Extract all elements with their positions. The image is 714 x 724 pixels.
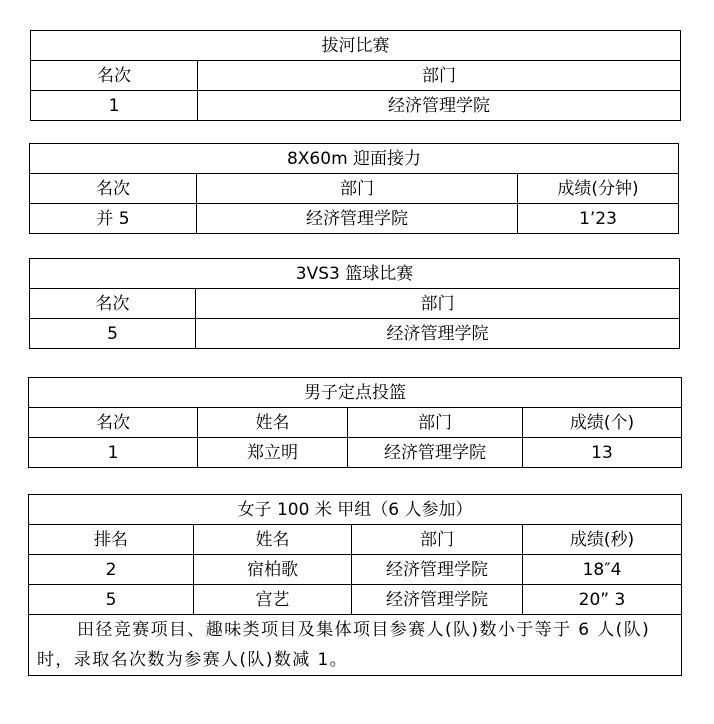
cell-rank: 5 [30, 319, 196, 349]
cell-rank: 2 [29, 555, 194, 585]
cell-name: 郑立明 [198, 438, 348, 468]
header-row: 名次 部门 成绩(分钟) [30, 174, 679, 204]
column-header-score: 成绩(秒) [523, 525, 682, 555]
basketball-3v3-table: 3VS3 篮球比赛 名次 部门 5 经济管理学院 [29, 258, 680, 349]
column-header-rank: 名次 [30, 289, 196, 319]
table-title: 男子定点投篮 [29, 378, 682, 408]
column-header-rank: 名次 [30, 174, 197, 204]
table-row: 1 经济管理学院 [31, 91, 681, 121]
header-row: 名次 部门 [30, 289, 680, 319]
table-row: 5 经济管理学院 [30, 319, 680, 349]
mens-shooting-table: 男子定点投篮 名次 姓名 部门 成绩(个) 1 郑立明 经济管理学院 13 [28, 377, 682, 468]
rules-note: 田径竞赛项目、趣味类项目及集体项目参赛人(队)数小于等于 6 人(队)时，录取名… [29, 615, 682, 676]
cell-rank: 5 [29, 585, 194, 615]
table-row: 2 宿柏歌 经济管理学院 18″4 [29, 555, 682, 585]
column-header-rank: 名次 [31, 61, 198, 91]
cell-department: 经济管理学院 [198, 91, 681, 121]
column-header-name: 姓名 [194, 525, 352, 555]
cell-department: 经济管理学院 [348, 438, 523, 468]
table-title: 8X60m 迎面接力 [30, 144, 679, 174]
column-header-department: 部门 [196, 289, 680, 319]
table-row: 5 宫艺 经济管理学院 20” 3 [29, 585, 682, 615]
womens-100m-table: 女子 100 米 甲组（6 人参加） 排名 姓名 部门 成绩(秒) 2 宿柏歌 … [28, 494, 682, 676]
cell-score: 1’23 [518, 204, 679, 234]
cell-score: 20” 3 [523, 585, 682, 615]
cell-department: 经济管理学院 [352, 585, 523, 615]
column-header-department: 部门 [348, 408, 523, 438]
table-row: 并 5 经济管理学院 1’23 [30, 204, 679, 234]
table-row: 1 郑立明 经济管理学院 13 [29, 438, 682, 468]
cell-name: 宿柏歌 [194, 555, 352, 585]
column-header-score: 成绩(个) [523, 408, 682, 438]
cell-rank: 1 [29, 438, 198, 468]
header-row: 排名 姓名 部门 成绩(秒) [29, 525, 682, 555]
header-row: 名次 部门 [31, 61, 681, 91]
cell-score: 18″4 [523, 555, 682, 585]
cell-department: 经济管理学院 [196, 319, 680, 349]
cell-rank: 并 5 [30, 204, 197, 234]
cell-department: 经济管理学院 [352, 555, 523, 585]
column-header-name: 姓名 [198, 408, 348, 438]
cell-department: 经济管理学院 [197, 204, 518, 234]
column-header-rank: 排名 [29, 525, 194, 555]
column-header-department: 部门 [197, 174, 518, 204]
table-title: 拔河比赛 [31, 31, 681, 61]
table-title: 3VS3 篮球比赛 [30, 259, 680, 289]
column-header-score: 成绩(分钟) [518, 174, 679, 204]
relay-table: 8X60m 迎面接力 名次 部门 成绩(分钟) 并 5 经济管理学院 1’23 [29, 143, 679, 234]
cell-name: 宫艺 [194, 585, 352, 615]
cell-score: 13 [523, 438, 682, 468]
tug-of-war-table: 拔河比赛 名次 部门 1 经济管理学院 [30, 30, 681, 121]
column-header-department: 部门 [198, 61, 681, 91]
cell-rank: 1 [31, 91, 198, 121]
table-title: 女子 100 米 甲组（6 人参加） [29, 495, 682, 525]
header-row: 名次 姓名 部门 成绩(个) [29, 408, 682, 438]
column-header-rank: 名次 [29, 408, 198, 438]
column-header-department: 部门 [352, 525, 523, 555]
